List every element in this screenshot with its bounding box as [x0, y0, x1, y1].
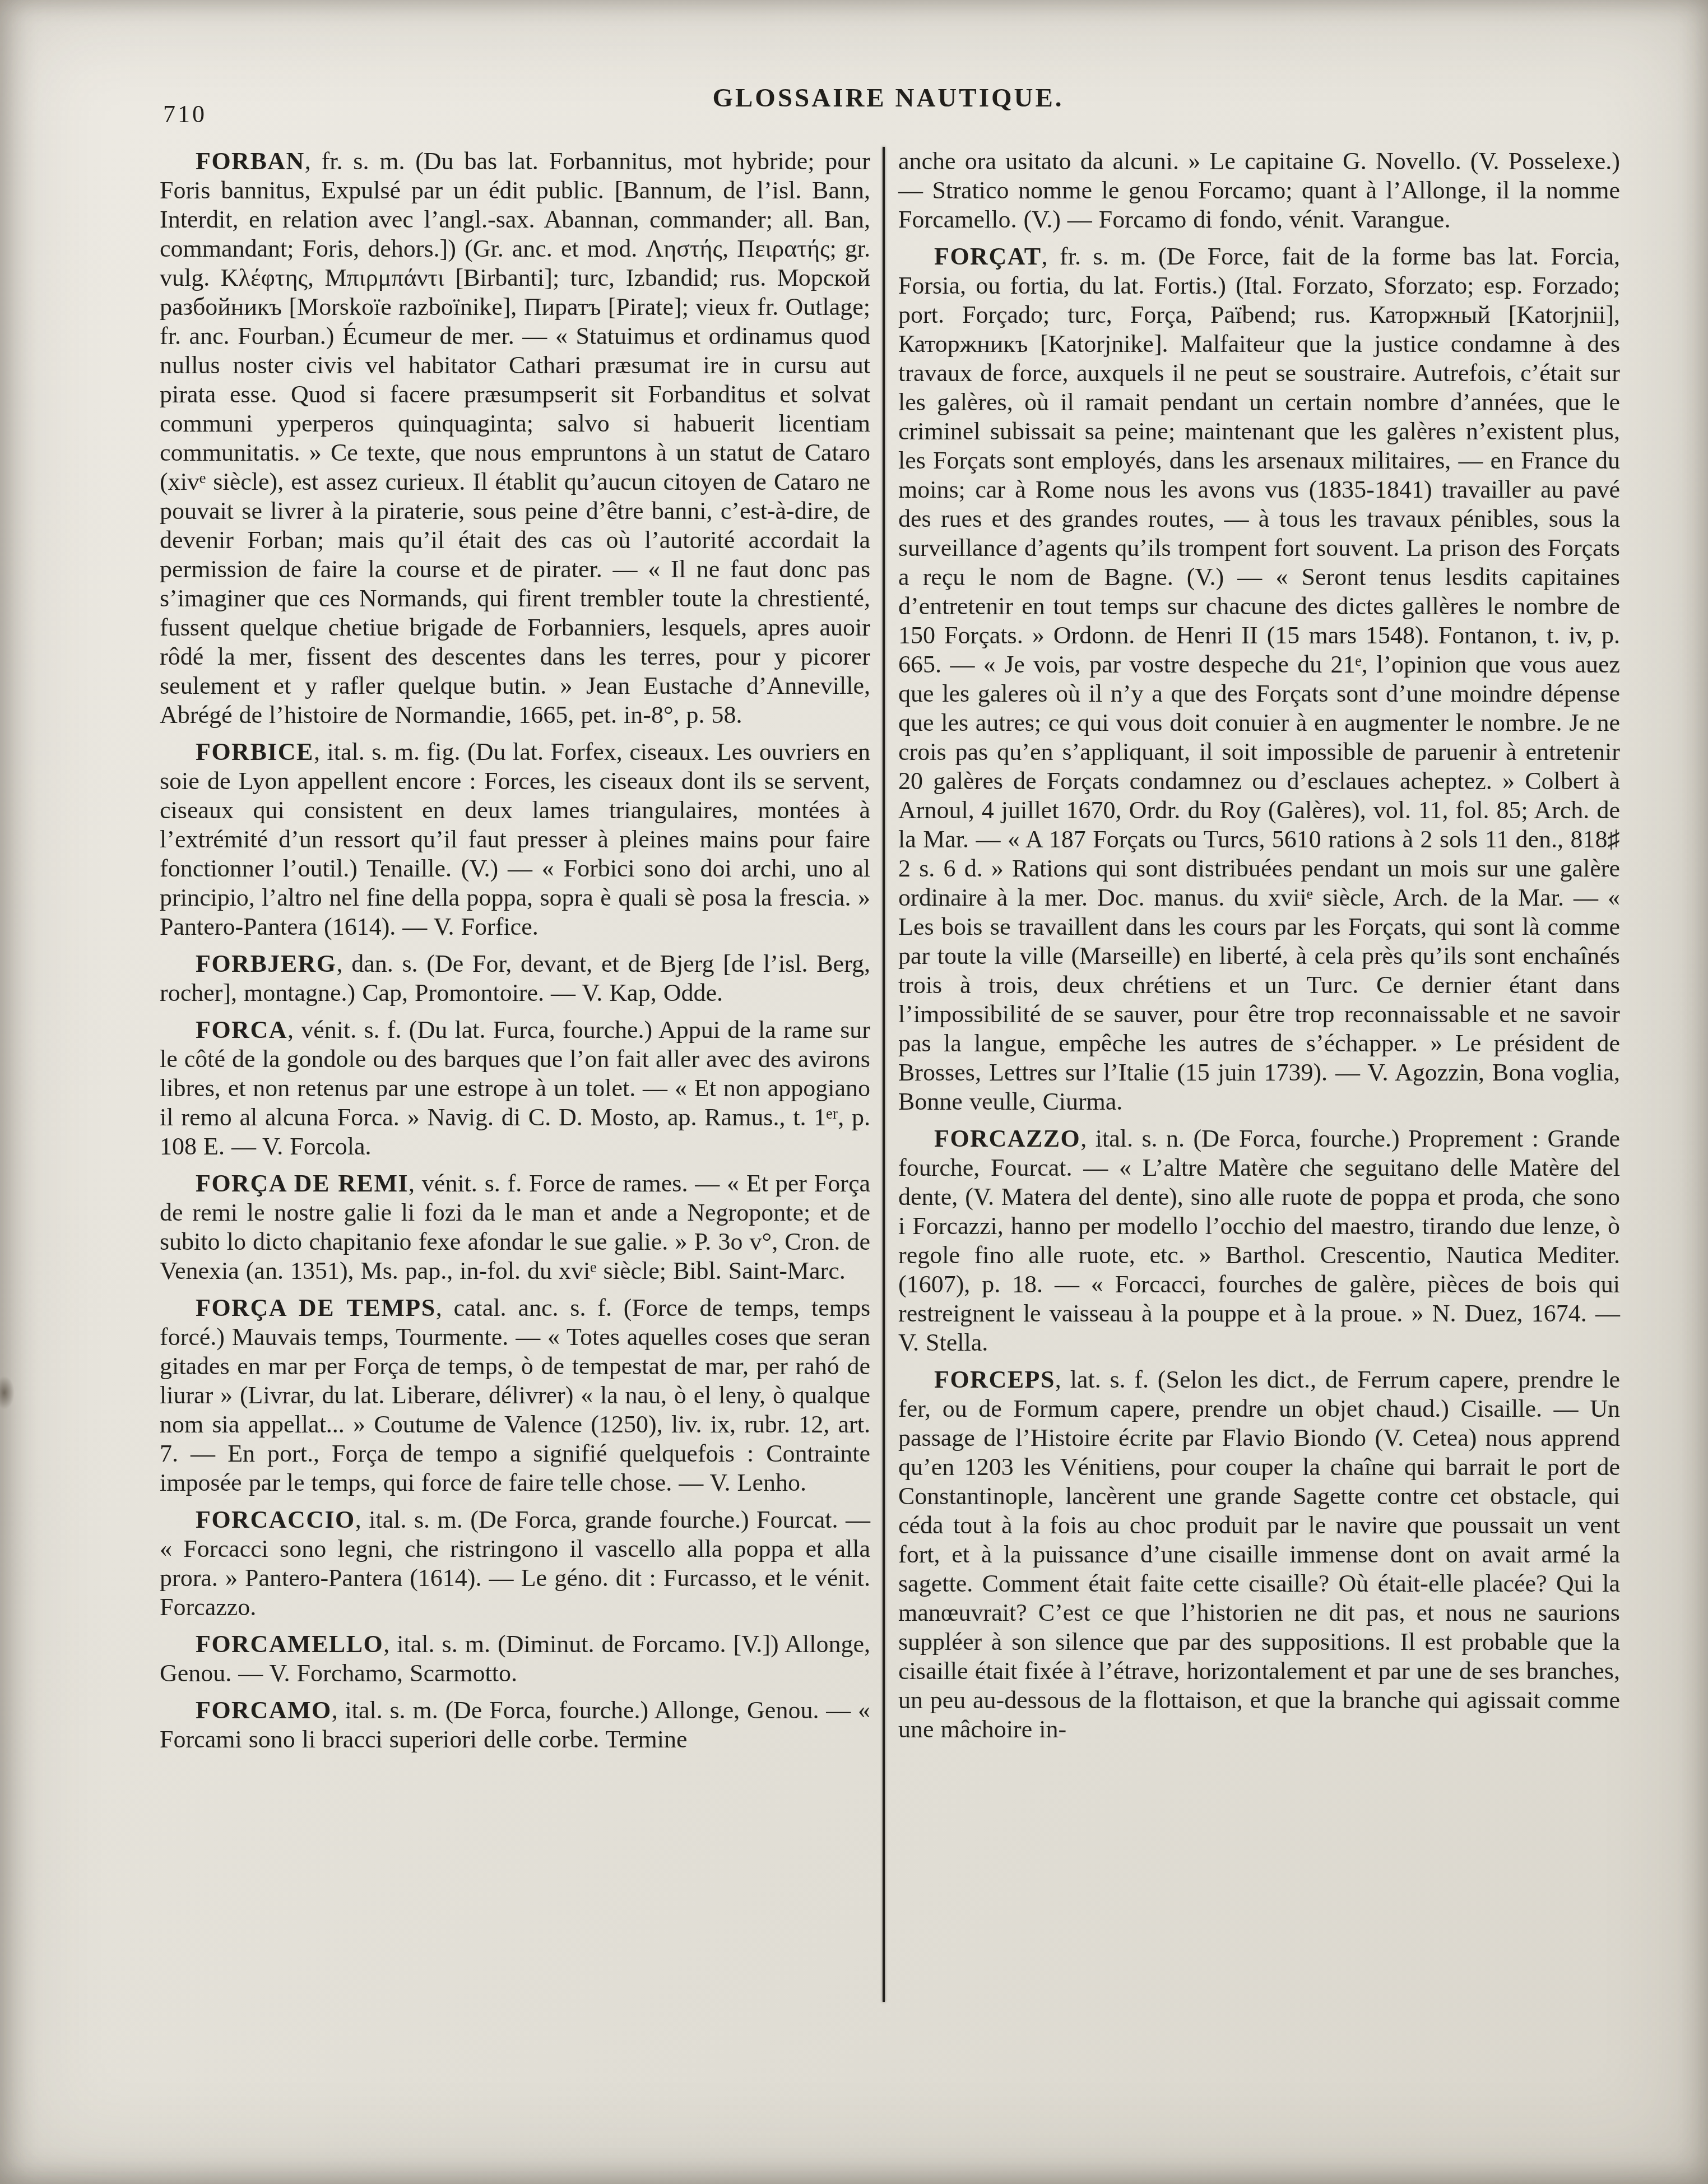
- entry-body-forceps: , lat. s. f. (Selon les dict., de Ferrum…: [898, 1366, 1620, 1743]
- entry-forbice: FORBICE, ital. s. m. fig. (Du lat. Forfe…: [160, 738, 870, 942]
- entry-term-forcamello: FORCAMELLO: [196, 1630, 383, 1658]
- entry-forcamo-continuation: anche ora usitato da alcuni. » Le capita…: [898, 147, 1620, 234]
- entry-forcamello: FORCAMELLO, ital. s. m. (Diminut. de For…: [160, 1630, 870, 1688]
- entry-forbjerg: FORBJERG, dan. s. (De For, devant, et de…: [160, 949, 870, 1008]
- entry-term-forban: FORBAN: [196, 147, 305, 175]
- entry-term-forca-de-remi: FORÇA DE REMI: [196, 1170, 409, 1197]
- entry-forcazzo: FORCAZZO, ital. s. n. (De Forca, fourche…: [898, 1124, 1620, 1357]
- entry-forcamo: FORCAMO, ital. s. m. (De Forca, fourche.…: [160, 1696, 870, 1754]
- entry-body-forca-de-temps: , catal. anc. s. f. (Force de temps, tem…: [160, 1294, 870, 1496]
- entry-forcat: FORÇAT, fr. s. m. (De Force, fait de la …: [898, 242, 1620, 1116]
- text-block: FORBAN, fr. s. m. (Du bas lat. Forbannit…: [160, 147, 1620, 2002]
- entry-term-forcamo: FORCAMO: [196, 1696, 332, 1724]
- entry-forban: FORBAN, fr. s. m. (Du bas lat. Forbannit…: [160, 147, 870, 730]
- page-title: GLOSSAIRE NAUTIQUE.: [160, 83, 1617, 113]
- entry-forceps: FORCEPS, lat. s. f. (Selon les dict., de…: [898, 1365, 1620, 1744]
- entry-body-forban: , fr. s. m. (Du bas lat. Forbannitus, mo…: [160, 147, 870, 729]
- page-header: 710 GLOSSAIRE NAUTIQUE.: [160, 83, 1617, 139]
- entry-forcaccio: FORCACCIO, ital. s. m. (De Forca, grande…: [160, 1505, 870, 1622]
- entry-term-forceps: FORCEPS: [934, 1366, 1055, 1393]
- entry-term-forca: FORCA: [196, 1016, 287, 1044]
- left-column: FORBAN, fr. s. m. (Du bas lat. Forbannit…: [160, 147, 870, 2002]
- scan-artifact: [0, 1376, 15, 1409]
- right-column: anche ora usitato da alcuni. » Le capita…: [898, 147, 1620, 2002]
- entry-term-forbjerg: FORBJERG: [196, 950, 337, 977]
- entry-forca-de-temps: FORÇA DE TEMPS, catal. anc. s. f. (Force…: [160, 1293, 870, 1497]
- entry-term-forcaccio: FORCACCIO: [196, 1506, 355, 1533]
- scanned-book-page: 710 GLOSSAIRE NAUTIQUE. FORBAN, fr. s. m…: [0, 0, 1708, 2184]
- entry-body-forcat: , fr. s. m. (De Force, fait de la forme …: [898, 243, 1620, 1115]
- column-divider-rule: [883, 147, 885, 2002]
- entry-term-forca-de-temps: FORÇA DE TEMPS: [196, 1294, 436, 1321]
- entry-body-forbice: , ital. s. m. fig. (Du lat. Forfex, cise…: [160, 738, 870, 940]
- entry-forca: FORCA, vénit. s. f. (Du lat. Furca, four…: [160, 1016, 870, 1161]
- entry-body-forcazzo: , ital. s. n. (De Forca, fourche.) Propr…: [898, 1125, 1620, 1356]
- entry-term-forcat: FORÇAT: [934, 243, 1042, 270]
- entry-forca-de-remi: FORÇA DE REMI, vénit. s. f. Force de ram…: [160, 1169, 870, 1286]
- entry-term-forbice: FORBICE: [196, 738, 314, 766]
- entry-term-forcazzo: FORCAZZO: [934, 1125, 1080, 1152]
